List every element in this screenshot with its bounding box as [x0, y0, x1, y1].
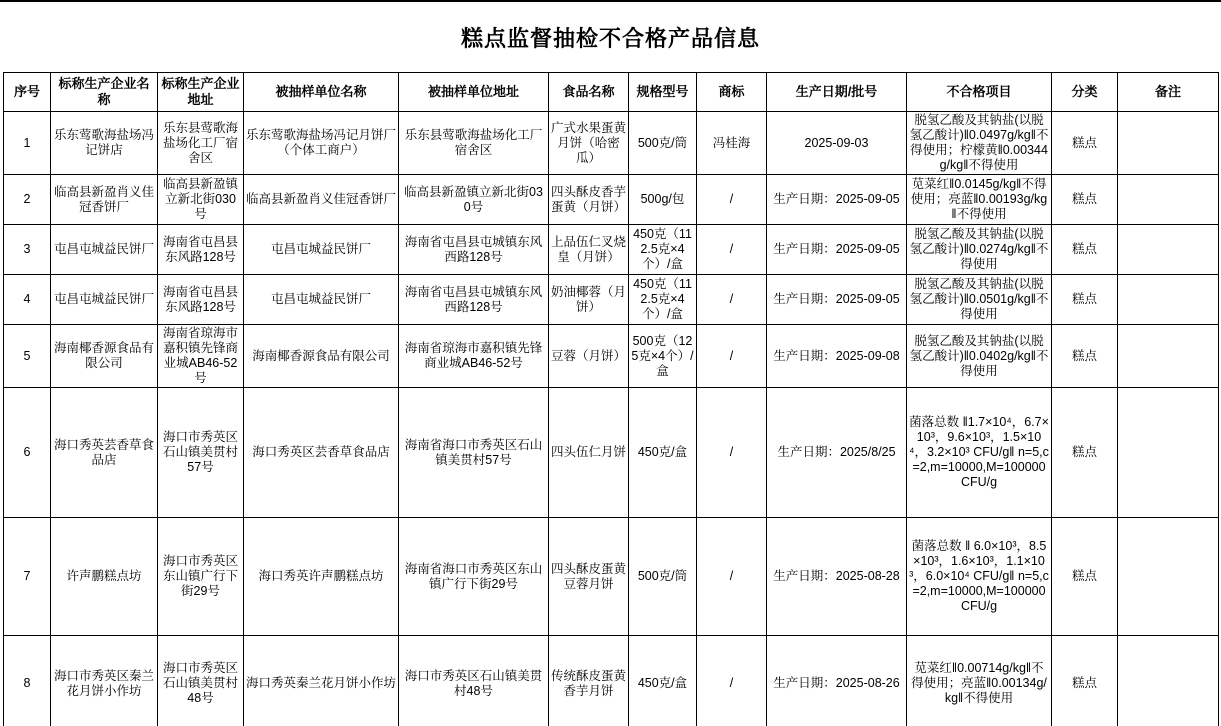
producer-name-cell: 乐东莺歌海盐场冯记饼店 [51, 112, 158, 175]
sampled-unit-name-cell: 屯昌屯城益民饼厂 [244, 225, 399, 275]
failed-items-cell: 苋菜红‖0.00714g/kg‖不得使用；亮蓝‖0.00134g/kg‖不得使用 [907, 636, 1052, 726]
category-cell: 糕点 [1052, 225, 1118, 275]
seq-cell: 1 [4, 112, 51, 175]
production-date-batch-cell: 生产日期：2025-08-26 [767, 636, 907, 726]
producer-name-cell: 屯昌屯城益民饼厂 [51, 275, 158, 325]
col-header-category: 分类 [1052, 73, 1118, 112]
remark-cell [1118, 175, 1219, 225]
table-header: 序号标称生产企业名称标称生产企业地址被抽样单位名称被抽样单位地址食品名称规格型号… [4, 73, 1219, 112]
remark-cell [1118, 388, 1219, 518]
spec-model-cell: 450克/盒 [629, 388, 697, 518]
remark-cell [1118, 225, 1219, 275]
seq-cell: 3 [4, 225, 51, 275]
col-header-brand: 商标 [697, 73, 767, 112]
remark-cell [1118, 112, 1219, 175]
sampled-unit-name-cell: 海口秀英秦兰花月饼小作坊 [244, 636, 399, 726]
production-date-batch-cell: 生产日期：2025-08-28 [767, 518, 907, 636]
sampled-unit-address-cell: 乐东县莺歌海盐场化工厂宿舍区 [399, 112, 549, 175]
category-cell: 糕点 [1052, 175, 1118, 225]
food-name-cell: 广式水果蛋黄月饼（哈密瓜） [549, 112, 629, 175]
remark-cell [1118, 275, 1219, 325]
col-header-sampled-unit-name: 被抽样单位名称 [244, 73, 399, 112]
brand-cell: / [697, 636, 767, 726]
sampled-unit-address-cell: 海南省海口市秀英区石山镇美贯村57号 [399, 388, 549, 518]
table-row: 6海口秀英芸香草食品店海口市秀英区石山镇美贯村57号海口秀英区芸香草食品店海南省… [4, 388, 1219, 518]
remark-cell [1118, 518, 1219, 636]
table-row: 7许声鹏糕点坊海口市秀英区东山镇广行下街29号海口秀英许声鹏糕点坊海南省海口市秀… [4, 518, 1219, 636]
spec-model-cell: 450克（112.5克×4个）/盒 [629, 225, 697, 275]
table-body: 1乐东莺歌海盐场冯记饼店乐东县莺歌海盐场化工厂宿舍区乐东莺歌海盐场冯记月饼厂（个… [4, 112, 1219, 726]
spec-model-cell: 450克（112.5克×4个）/盒 [629, 275, 697, 325]
brand-cell: / [697, 388, 767, 518]
production-date-batch-cell: 生产日期：2025-09-05 [767, 225, 907, 275]
category-cell: 糕点 [1052, 388, 1118, 518]
sampled-unit-address-cell: 海南省屯昌县屯城镇东风西路128号 [399, 275, 549, 325]
title-band: 糕点监督抽检不合格产品信息 [0, 2, 1221, 72]
producer-name-cell: 海口市秀英区秦兰花月饼小作坊 [51, 636, 158, 726]
sampled-unit-name-cell: 海南椰香源食品有限公司 [244, 325, 399, 388]
brand-cell: 冯桂海 [697, 112, 767, 175]
seq-cell: 2 [4, 175, 51, 225]
failed-items-cell: 菌落总数 ‖ 6.0×10³，8.5×10³，1.6×10³，1.1×10³，6… [907, 518, 1052, 636]
failed-items-cell: 脱氢乙酸及其钠盐(以脱氢乙酸计)‖0.0274g/kg‖不得使用 [907, 225, 1052, 275]
seq-cell: 6 [4, 388, 51, 518]
sampled-unit-address-cell: 海口市秀英区石山镇美贯村48号 [399, 636, 549, 726]
seq-cell: 4 [4, 275, 51, 325]
table-row: 4屯昌屯城益民饼厂海南省屯昌县东风路128号屯昌屯城益民饼厂海南省屯昌县屯城镇东… [4, 275, 1219, 325]
producer-address-cell: 海南省屯昌县东风路128号 [158, 225, 244, 275]
category-cell: 糕点 [1052, 275, 1118, 325]
spec-model-cell: 500克/筒 [629, 112, 697, 175]
failed-items-cell: 苋菜红‖0.0145g/kg‖不得使用；亮蓝‖0.00193g/kg‖不得使用 [907, 175, 1052, 225]
remark-cell [1118, 325, 1219, 388]
food-name-cell: 四头酥皮香芋蛋黄（月饼） [549, 175, 629, 225]
producer-name-cell: 临高县新盈肖义佳冠香饼厂 [51, 175, 158, 225]
table-row: 8海口市秀英区秦兰花月饼小作坊海口市秀英区石山镇美贯村48号海口秀英秦兰花月饼小… [4, 636, 1219, 726]
category-cell: 糕点 [1052, 518, 1118, 636]
production-date-batch-cell: 2025-09-03 [767, 112, 907, 175]
brand-cell: / [697, 275, 767, 325]
producer-address-cell: 海口市秀英区石山镇美贯村57号 [158, 388, 244, 518]
col-header-seq: 序号 [4, 73, 51, 112]
producer-address-cell: 海口市秀英区石山镇美贯村48号 [158, 636, 244, 726]
header-row: 序号标称生产企业名称标称生产企业地址被抽样单位名称被抽样单位地址食品名称规格型号… [4, 73, 1219, 112]
inspection-results-table: 序号标称生产企业名称标称生产企业地址被抽样单位名称被抽样单位地址食品名称规格型号… [3, 72, 1219, 726]
failed-items-cell: 菌落总数 ‖1.7×10⁴，6.7×10³，9.6×10³，1.5×10⁴，3.… [907, 388, 1052, 518]
food-name-cell: 四头伍仁月饼 [549, 388, 629, 518]
table-row: 2临高县新盈肖义佳冠香饼厂临高县新盈镇立新北街030号临高县新盈肖义佳冠香饼厂临… [4, 175, 1219, 225]
food-name-cell: 豆蓉（月饼） [549, 325, 629, 388]
food-name-cell: 传统酥皮蛋黄香芋月饼 [549, 636, 629, 726]
sampled-unit-name-cell: 临高县新盈肖义佳冠香饼厂 [244, 175, 399, 225]
producer-address-cell: 海口市秀英区东山镇广行下街29号 [158, 518, 244, 636]
food-name-cell: 四头酥皮蛋黄豆蓉月饼 [549, 518, 629, 636]
producer-address-cell: 临高县新盈镇立新北街030号 [158, 175, 244, 225]
producer-name-cell: 许声鹏糕点坊 [51, 518, 158, 636]
brand-cell: / [697, 225, 767, 275]
category-cell: 糕点 [1052, 325, 1118, 388]
failed-items-cell: 脱氢乙酸及其钠盐(以脱氢乙酸计)‖0.0497g/kg‖不得使用；柠檬黄‖0.0… [907, 112, 1052, 175]
brand-cell: / [697, 325, 767, 388]
sampled-unit-name-cell: 屯昌屯城益民饼厂 [244, 275, 399, 325]
producer-name-cell: 海南椰香源食品有限公司 [51, 325, 158, 388]
failed-items-cell: 脱氢乙酸及其钠盐(以脱氢乙酸计)‖0.0501g/kg‖不得使用 [907, 275, 1052, 325]
seq-cell: 7 [4, 518, 51, 636]
food-name-cell: 上品伍仁叉烧皇（月饼） [549, 225, 629, 275]
category-cell: 糕点 [1052, 636, 1118, 726]
sampled-unit-address-cell: 海南省海口市秀英区东山镇广行下街29号 [399, 518, 549, 636]
sampled-unit-address-cell: 海南省琼海市嘉积镇先锋商业城AB46-52号 [399, 325, 549, 388]
producer-address-cell: 海南省琼海市嘉积镇先锋商业城AB46-52号 [158, 325, 244, 388]
sampled-unit-address-cell: 临高县新盈镇立新北街030号 [399, 175, 549, 225]
col-header-producer-name: 标称生产企业名称 [51, 73, 158, 112]
producer-address-cell: 海南省屯昌县东风路128号 [158, 275, 244, 325]
col-header-remark: 备注 [1118, 73, 1219, 112]
production-date-batch-cell: 生产日期：2025-09-05 [767, 175, 907, 225]
seq-cell: 5 [4, 325, 51, 388]
col-header-food-name: 食品名称 [549, 73, 629, 112]
col-header-spec-model: 规格型号 [629, 73, 697, 112]
food-name-cell: 奶油椰蓉（月饼） [549, 275, 629, 325]
producer-name-cell: 海口秀英芸香草食品店 [51, 388, 158, 518]
spec-model-cell: 450克/盒 [629, 636, 697, 726]
col-header-production-date-batch: 生产日期/批号 [767, 73, 907, 112]
sampled-unit-name-cell: 海口秀英区芸香草食品店 [244, 388, 399, 518]
brand-cell: / [697, 518, 767, 636]
table-row: 1乐东莺歌海盐场冯记饼店乐东县莺歌海盐场化工厂宿舍区乐东莺歌海盐场冯记月饼厂（个… [4, 112, 1219, 175]
sampled-unit-name-cell: 海口秀英许声鹏糕点坊 [244, 518, 399, 636]
table-row: 5海南椰香源食品有限公司海南省琼海市嘉积镇先锋商业城AB46-52号海南椰香源食… [4, 325, 1219, 388]
producer-name-cell: 屯昌屯城益民饼厂 [51, 225, 158, 275]
col-header-producer-address: 标称生产企业地址 [158, 73, 244, 112]
page-title: 糕点监督抽检不合格产品信息 [461, 22, 760, 53]
sampled-unit-address-cell: 海南省屯昌县屯城镇东风西路128号 [399, 225, 549, 275]
col-header-sampled-unit-address: 被抽样单位地址 [399, 73, 549, 112]
category-cell: 糕点 [1052, 112, 1118, 175]
failed-items-cell: 脱氢乙酸及其钠盐(以脱氢乙酸计)‖0.0402g/kg‖不得使用 [907, 325, 1052, 388]
col-header-failed-items: 不合格项目 [907, 73, 1052, 112]
producer-address-cell: 乐东县莺歌海盐场化工厂宿舍区 [158, 112, 244, 175]
seq-cell: 8 [4, 636, 51, 726]
production-date-batch-cell: 生产日期：2025/8/25 [767, 388, 907, 518]
page: 糕点监督抽检不合格产品信息 序号标称生产企业名称标称生产企业地址被抽样单位名称被… [0, 0, 1221, 726]
table-row: 3屯昌屯城益民饼厂海南省屯昌县东风路128号屯昌屯城益民饼厂海南省屯昌县屯城镇东… [4, 225, 1219, 275]
sampled-unit-name-cell: 乐东莺歌海盐场冯记月饼厂（个体工商户） [244, 112, 399, 175]
spec-model-cell: 500克（125克×4个）/盒 [629, 325, 697, 388]
spec-model-cell: 500克/筒 [629, 518, 697, 636]
remark-cell [1118, 636, 1219, 726]
brand-cell: / [697, 175, 767, 225]
spec-model-cell: 500g/包 [629, 175, 697, 225]
production-date-batch-cell: 生产日期：2025-09-05 [767, 275, 907, 325]
production-date-batch-cell: 生产日期：2025-09-08 [767, 325, 907, 388]
